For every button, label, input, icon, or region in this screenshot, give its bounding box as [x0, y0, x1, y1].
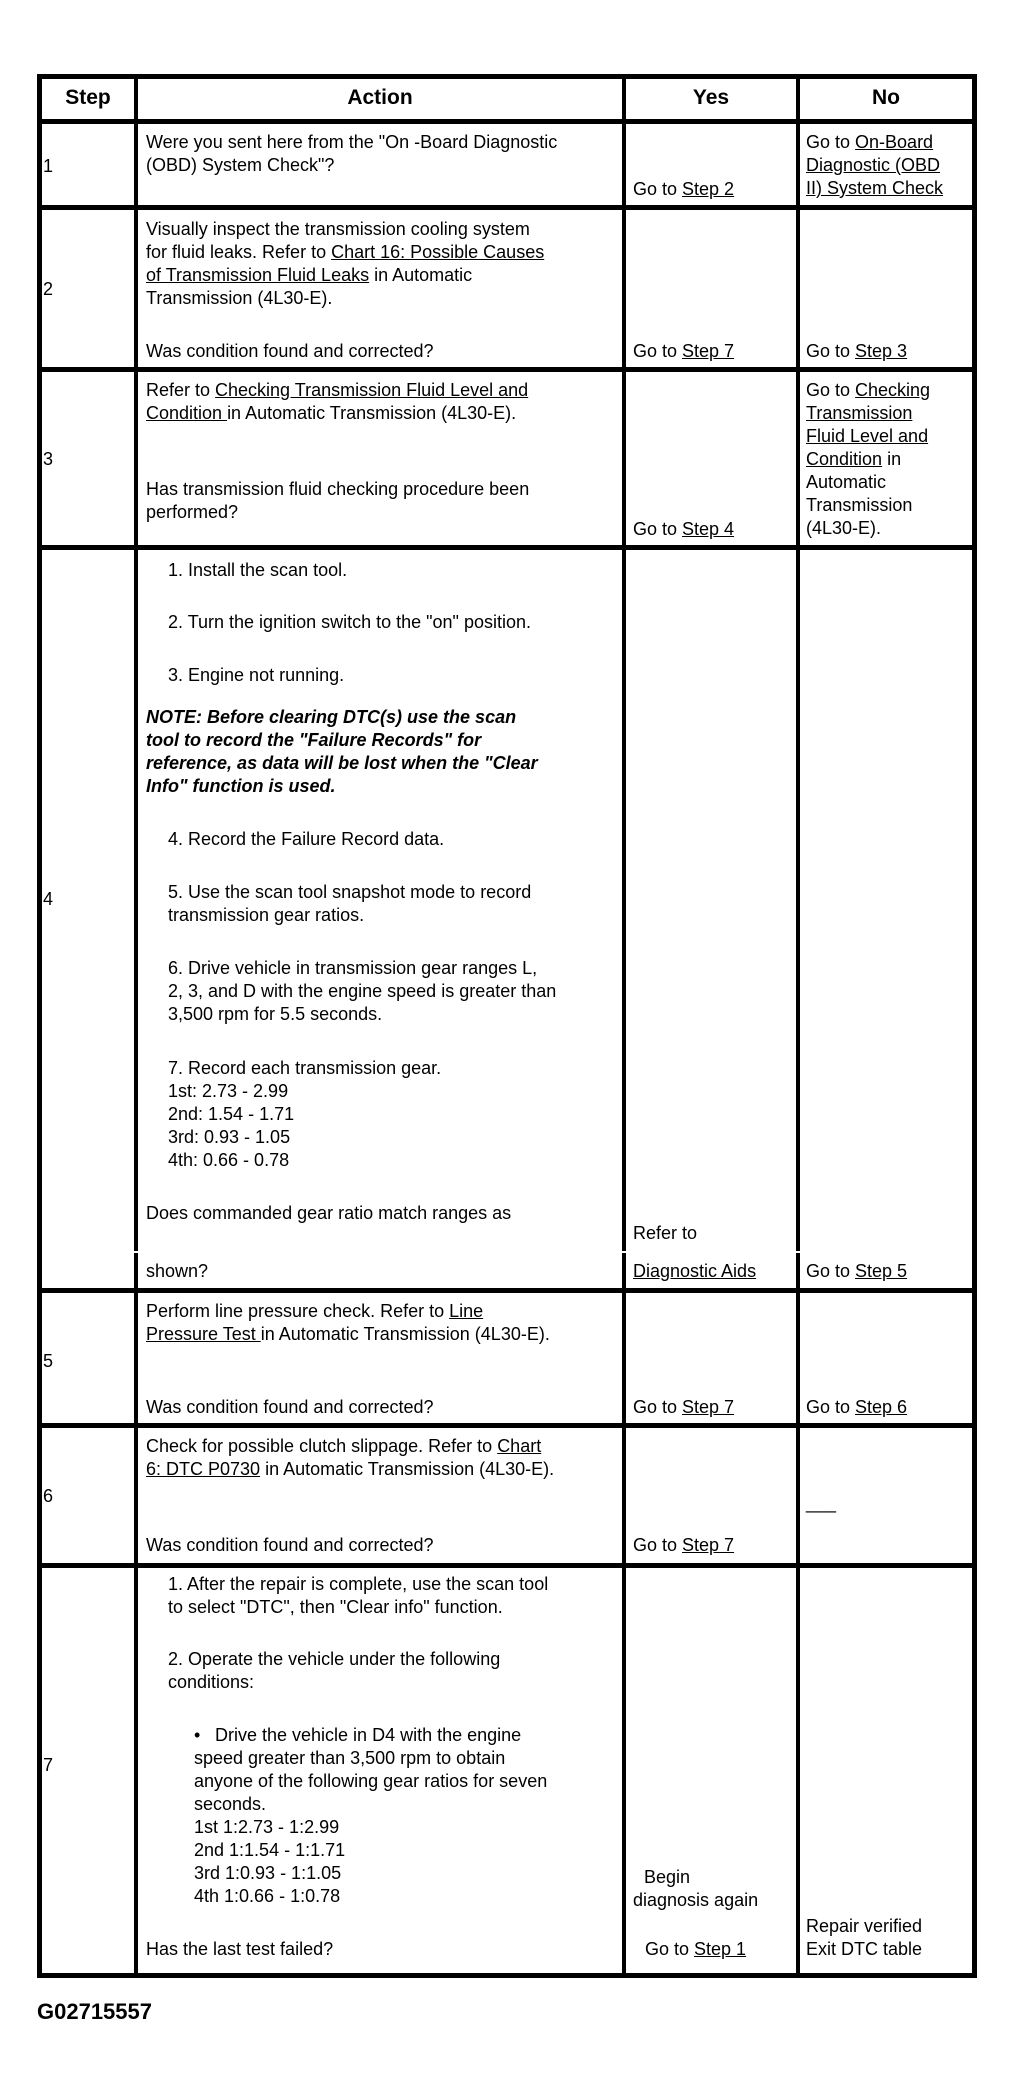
link-chart-16[interactable]: of Transmission Fluid Leaks	[146, 265, 369, 285]
column-divider	[796, 74, 800, 1978]
action-text: for fluid leaks. Refer to Chart 16: Poss…	[146, 241, 544, 264]
question-text: Was condition found and corrected?	[146, 340, 434, 363]
yes-cell: Go to Step 7	[633, 1396, 734, 1419]
no-text: Repair verified	[806, 1915, 922, 1938]
procedure-item: 1. After the repair is complete, use the…	[168, 1573, 548, 1596]
procedure-item: 4. Record the Failure Record data.	[168, 828, 444, 851]
step-number: 2	[43, 278, 53, 301]
no-cell: Go to Step 5	[806, 1260, 907, 1283]
question-text: performed?	[146, 501, 238, 524]
action-text: Perform line pressure check. Refer to Li…	[146, 1300, 483, 1323]
yes-text: Refer to	[633, 1222, 697, 1245]
no-cell: Go to Step 6	[806, 1396, 907, 1419]
gear-ratio: 1st 1:2.73 - 1:2.99	[194, 1816, 339, 1839]
procedure-item: 3,500 rpm for 5.5 seconds.	[168, 1003, 382, 1026]
yes-cell: Go to Step 2	[633, 178, 734, 201]
no-cell-line: Condition in	[806, 448, 901, 471]
gear-range: 2nd: 1.54 - 1.71	[168, 1103, 294, 1126]
page-seam	[42, 1251, 972, 1253]
yes-prefix: Go to	[645, 1939, 694, 1959]
no-text: Exit DTC table	[806, 1938, 922, 1961]
link-step-7[interactable]: Step 7	[682, 341, 734, 361]
bullet-text: anyone of the following gear ratios for …	[194, 1770, 547, 1793]
yes-cell: Go to Step 4	[633, 518, 734, 541]
link-step-4[interactable]: Step 4	[682, 519, 734, 539]
note-text: reference, as data will be lost when the…	[146, 752, 538, 775]
action-text: Condition in Automatic Transmission (4L3…	[146, 402, 516, 425]
gear-ratio: 3rd 1:0.93 - 1:1.05	[194, 1862, 341, 1885]
yes-cell: Go to Step 7	[633, 1534, 734, 1557]
link-checking-fluid-level[interactable]: Transmission	[806, 402, 912, 425]
link-checking-fluid-level[interactable]: Condition	[146, 403, 227, 423]
procedure-item: 2, 3, and D with the engine speed is gre…	[168, 980, 556, 1003]
note-text: tool to record the "Failure Records" for	[146, 729, 481, 752]
gear-ratio: 4th 1:0.66 - 1:0.78	[194, 1885, 340, 1908]
row-divider	[37, 545, 977, 550]
no-text-part: in	[882, 449, 901, 469]
procedure-item: conditions:	[168, 1671, 254, 1694]
action-text: 6: DTC P0730 in Automatic Transmission (…	[146, 1458, 554, 1481]
no-prefix: Go to	[806, 1261, 855, 1281]
no-prefix: Go to	[806, 132, 855, 152]
link-chart-16[interactable]: Chart 16: Possible Causes	[331, 242, 544, 262]
procedure-item: to select "DTC", then "Clear info" funct…	[168, 1596, 503, 1619]
yes-prefix: Go to	[633, 341, 682, 361]
action-text: Visually inspect the transmission coolin…	[146, 218, 530, 241]
yes-prefix: Go to	[633, 1397, 682, 1417]
step-number: 6	[43, 1485, 53, 1508]
link-step-3[interactable]: Step 3	[855, 341, 907, 361]
link-obd-system-check[interactable]: Diagnostic (OBD	[806, 154, 940, 177]
link-obd-system-check[interactable]: On-Board	[855, 132, 933, 152]
procedure-item: 5. Use the scan tool snapshot mode to re…	[168, 881, 531, 904]
yes-cell: Go to Step 7	[633, 340, 734, 363]
row-divider	[37, 1423, 977, 1428]
link-chart-6-dtc-p0730[interactable]: 6: DTC P0730	[146, 1459, 260, 1479]
action-text: Pressure Test in Automatic Transmission …	[146, 1323, 550, 1346]
step-number: 1	[43, 155, 53, 178]
row-divider	[37, 1288, 977, 1293]
procedure-item: 7. Record each transmission gear.	[168, 1057, 441, 1080]
header-divider	[37, 119, 977, 124]
no-prefix: Go to	[806, 1397, 855, 1417]
link-chart-6-dtc-p0730[interactable]: Chart	[497, 1436, 541, 1456]
link-step-6[interactable]: Step 6	[855, 1397, 907, 1417]
link-checking-fluid-level[interactable]: Checking	[855, 380, 930, 400]
action-text-part: in Automatic Transmission (4L30-E).	[260, 1459, 554, 1479]
question-text: Has the last test failed?	[146, 1938, 333, 1961]
bullet-text: Drive the vehicle in D4 with the engine	[215, 1724, 521, 1747]
action-text: Check for possible clutch slippage. Refe…	[146, 1435, 541, 1458]
procedure-item: 1. Install the scan tool.	[168, 559, 347, 582]
question-text: shown?	[146, 1260, 208, 1283]
action-text: (OBD) System Check"?	[146, 154, 334, 177]
question-text: Was condition found and corrected?	[146, 1396, 434, 1419]
question-text: Was condition found and corrected?	[146, 1534, 434, 1557]
link-step-2[interactable]: Step 2	[682, 179, 734, 199]
link-line-pressure-test[interactable]: Line	[449, 1301, 483, 1321]
no-cell: Go to Checking	[806, 379, 930, 402]
procedure-item: 3. Engine not running.	[168, 664, 344, 687]
no-cell-dash: ___	[806, 1492, 836, 1515]
link-obd-system-check[interactable]: II) System Check	[806, 177, 943, 200]
no-cell: Go to On-Board	[806, 131, 933, 154]
action-text-part: in Automatic	[369, 265, 472, 285]
no-text: (4L30-E).	[806, 517, 881, 540]
row-divider	[37, 1563, 977, 1568]
yes-text: diagnosis again	[633, 1889, 758, 1912]
step-number: 4	[43, 888, 53, 911]
no-cell: Go to Step 3	[806, 340, 907, 363]
yes-prefix: Go to	[633, 519, 682, 539]
procedure-item: 2. Operate the vehicle under the followi…	[168, 1648, 500, 1671]
gear-range: 4th: 0.66 - 0.78	[168, 1149, 289, 1172]
procedure-item: 6. Drive vehicle in transmission gear ra…	[168, 957, 537, 980]
link-line-pressure-test[interactable]: Pressure Test	[146, 1324, 261, 1344]
action-text: Transmission (4L30-E).	[146, 287, 332, 310]
figure-id: G02715557	[37, 1999, 152, 2025]
action-text-part: Check for possible clutch slippage. Refe…	[146, 1436, 497, 1456]
action-text: Were you sent here from the "On -Board D…	[146, 131, 557, 154]
question-text: Does commanded gear ratio match ranges a…	[146, 1202, 511, 1225]
link-step-7[interactable]: Step 7	[682, 1535, 734, 1555]
action-text: of Transmission Fluid Leaks in Automatic	[146, 264, 472, 287]
step-number: 7	[43, 1754, 53, 1777]
gear-range: 1st: 2.73 - 2.99	[168, 1080, 288, 1103]
link-diagnostic-aids[interactable]: Diagnostic Aids	[633, 1260, 756, 1283]
bullet-icon: •	[194, 1724, 200, 1747]
question-text: Has transmission fluid checking procedur…	[146, 478, 529, 501]
no-prefix: Go to	[806, 380, 855, 400]
yes-cell: Go to Step 1	[645, 1938, 746, 1961]
header-no: No	[800, 86, 972, 110]
procedure-item: transmission gear ratios.	[168, 904, 364, 927]
action-text-part: in Automatic Transmission (4L30-E).	[261, 1324, 550, 1344]
link-step-1[interactable]: Step 1	[694, 1939, 746, 1959]
action-text: Refer to Checking Transmission Fluid Lev…	[146, 379, 528, 402]
link-step-7[interactable]: Step 7	[682, 1397, 734, 1417]
row-divider	[37, 205, 977, 210]
note-text: Info" function is used.	[146, 775, 336, 798]
yes-text: Begin	[644, 1866, 690, 1889]
procedure-item: 2. Turn the ignition switch to the "on" …	[168, 611, 531, 634]
header-step: Step	[42, 86, 134, 110]
action-text-part: Refer to	[146, 380, 215, 400]
yes-prefix: Go to	[633, 179, 682, 199]
note-text: NOTE: Before clearing DTC(s) use the sca…	[146, 706, 516, 729]
header-yes: Yes	[626, 86, 796, 110]
link-checking-fluid-level[interactable]: Checking Transmission Fluid Level and	[215, 380, 528, 400]
column-divider	[134, 74, 138, 1978]
no-text: Transmission	[806, 494, 912, 517]
action-text-part: for fluid leaks. Refer to	[146, 242, 331, 262]
yes-prefix: Go to	[633, 1535, 682, 1555]
action-text-part: Perform line pressure check. Refer to	[146, 1301, 449, 1321]
link-checking-fluid-level[interactable]: Condition	[806, 449, 882, 469]
gear-ratio: 2nd 1:1.54 - 1:1.71	[194, 1839, 345, 1862]
no-prefix: Go to	[806, 341, 855, 361]
header-action: Action	[138, 86, 622, 110]
row-divider	[37, 367, 977, 372]
gear-range: 3rd: 0.93 - 1.05	[168, 1126, 290, 1149]
step-number: 3	[43, 448, 53, 471]
column-divider	[622, 74, 626, 1978]
action-text-part: in Automatic Transmission (4L30-E).	[227, 403, 516, 423]
step-number: 5	[43, 1350, 53, 1373]
bullet-text: speed greater than 3,500 rpm to obtain	[194, 1747, 505, 1770]
link-checking-fluid-level[interactable]: Fluid Level and	[806, 425, 928, 448]
no-text: Automatic	[806, 471, 886, 494]
bullet-text: seconds.	[194, 1793, 266, 1816]
link-step-5[interactable]: Step 5	[855, 1261, 907, 1281]
